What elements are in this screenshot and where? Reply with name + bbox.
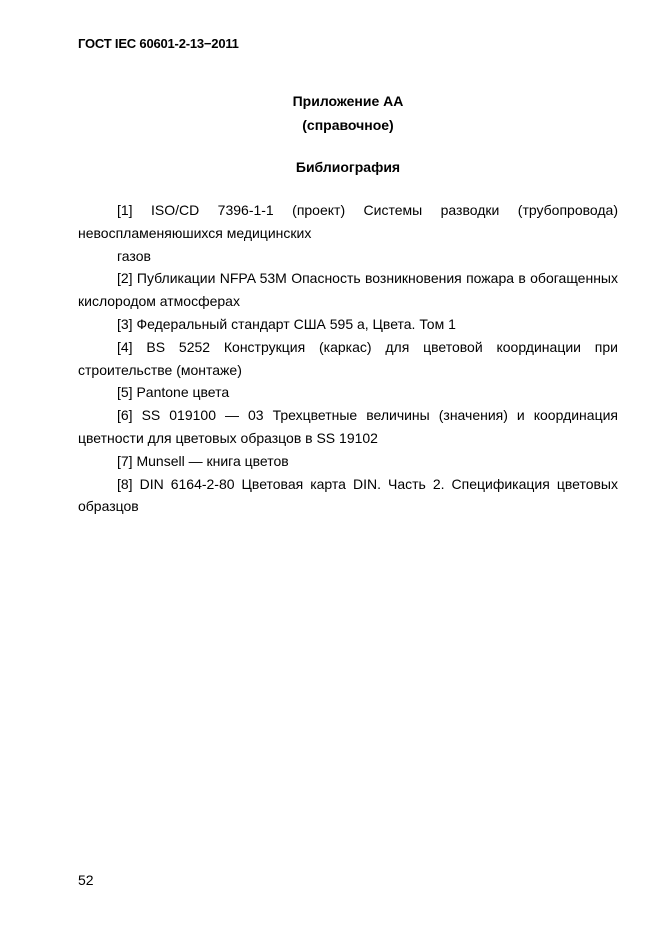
bibliography-entry: [8] DIN 6164-2-80 Цветовая карта DIN. Ча… bbox=[78, 473, 618, 519]
bibliography-entry: [4] BS 5252 Конструкция (каркас) для цве… bbox=[78, 336, 618, 382]
document-page: ГОСТ IEC 60601-2-13−2011 Приложение АА (… bbox=[0, 0, 661, 936]
bibliography-entry: [1] ISO/CD 7396-1-1 (проект) Системы раз… bbox=[78, 199, 618, 245]
document-header: ГОСТ IEC 60601-2-13−2011 bbox=[78, 34, 239, 54]
appendix-title: Приложение АА bbox=[78, 89, 618, 113]
section-title: Библиография bbox=[78, 155, 618, 179]
bibliography-entry-continuation: газов bbox=[78, 245, 618, 268]
bibliography-entry: [5] Pantone цвета bbox=[78, 381, 618, 404]
bibliography-entry: [3] Федеральный стандарт США 595 а, Цвет… bbox=[78, 313, 618, 336]
appendix-subtitle: (справочное) bbox=[78, 113, 618, 137]
bibliography-entry: [6] SS 019100 — 03 Трехцветные величины … bbox=[78, 404, 618, 450]
page-number: 52 bbox=[78, 870, 94, 890]
bibliography-entry: [7] Munsell — книга цветов bbox=[78, 450, 618, 473]
appendix-heading-block: Приложение АА (справочное) Библиография bbox=[78, 89, 618, 179]
bibliography-list: [1] ISO/CD 7396-1-1 (проект) Системы раз… bbox=[78, 199, 618, 518]
bibliography-entry: [2] Публикации NFPA 53M Опасность возник… bbox=[78, 267, 618, 313]
